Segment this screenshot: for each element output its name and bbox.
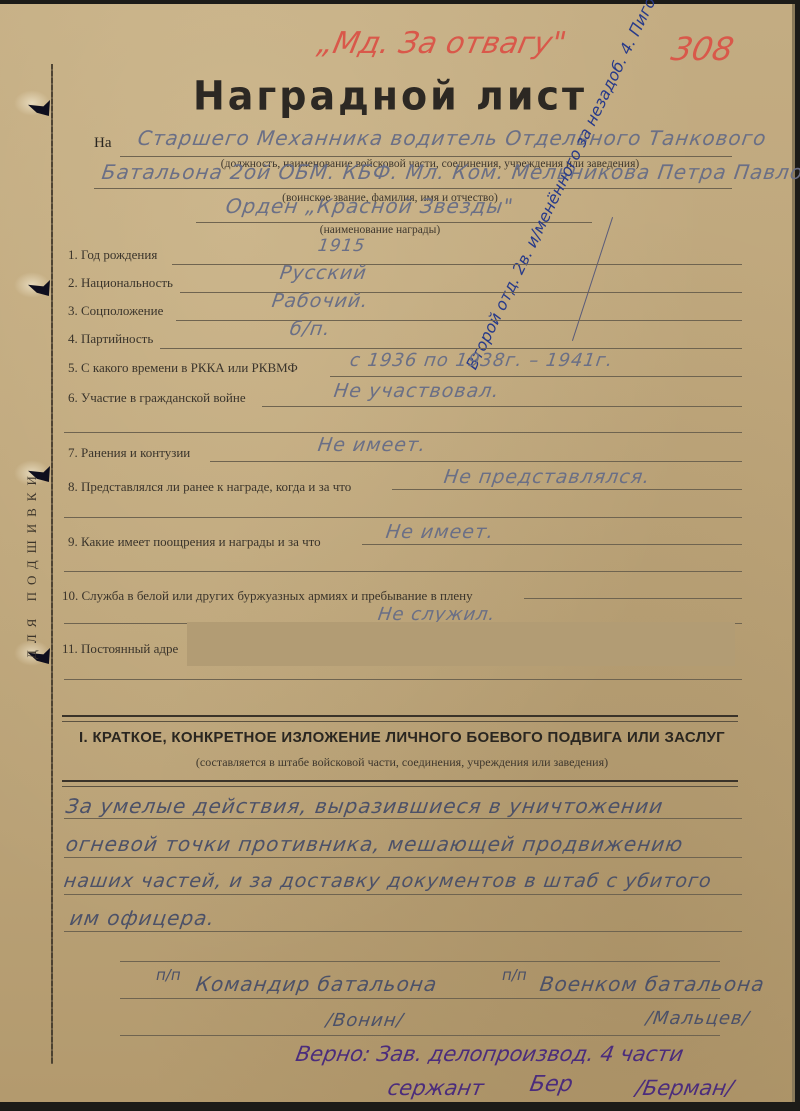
field-2-label: 2. Национальность [68, 275, 173, 291]
certification-rank: сержант [386, 1076, 486, 1100]
section-top-double-rule [62, 715, 738, 722]
field-3-value: Рабочий. [270, 290, 369, 312]
document-title: Наградной лист [0, 73, 780, 119]
right-signatory-title: Военком батальона [538, 972, 766, 996]
section-one-caption: (составляется в штабе войсковой части, с… [64, 755, 740, 770]
field-5-value: с 1936 по 1938г. – 1941г. [349, 350, 615, 371]
field-6-label: 6. Участие в гражданской войне [68, 390, 246, 406]
field-10-rule [524, 598, 742, 599]
merit-text-line-2: огневой точки противника, мешающей продв… [64, 832, 685, 856]
field-5-rule [330, 376, 742, 377]
merit-rule-3 [64, 894, 742, 895]
field-8-extra-rule [64, 517, 742, 518]
signature-bottom-rule [120, 1035, 720, 1036]
merit-text-line-3: наших частей, и за доставку документов в… [62, 870, 713, 892]
certification-name: /Берман/ [634, 1076, 735, 1100]
certification-signature: Бер [528, 1072, 575, 1097]
field-7-value: Не имеет. [316, 434, 427, 456]
binding-margin-rule [51, 64, 53, 1064]
field-3-label: 3. Соцположение [68, 303, 163, 319]
merit-rule-1 [64, 818, 742, 819]
signature-top-rule [120, 961, 720, 962]
certification-line-1: Верно: Зав. делопроизвод. 4 части [294, 1042, 686, 1066]
field-11-extra-rule [64, 679, 742, 680]
field-1-label: 1. Год рождения [68, 247, 157, 263]
redacted-address-block [187, 622, 735, 666]
field-7-rule [210, 461, 742, 462]
merit-rule-2 [64, 857, 742, 858]
right-signature-mark: п/п [502, 966, 527, 984]
right-signatory-name: /Мальцев/ [645, 1008, 752, 1029]
merit-text-line-4: им офицера. [68, 906, 216, 930]
field-11-label: 11. Постоянный адре [62, 641, 178, 657]
section-one-heading: I. КРАТКОЕ, КОНКРЕТНОЕ ИЗЛОЖЕНИЕ ЛИЧНОГО… [64, 729, 740, 746]
field-9-label: 9. Какие имеет поощрения и награды и за … [68, 534, 321, 550]
recipient-line1-rule [120, 156, 732, 157]
field-2-value: Русский [278, 262, 368, 284]
recipient-line2-handwritten: Батальона 2ой ОБМ. КБФ. Мл. Ком. Мельник… [100, 160, 800, 184]
field-5-label: 5. С какого времени в РККА или РКВМФ [68, 360, 298, 376]
merit-text-line-1: За умелые действия, выразившиеся в уничт… [64, 794, 665, 818]
sheet-number-red: 308 [668, 30, 737, 68]
field-4-rule [160, 348, 742, 349]
field-10-label: 10. Служба в белой или других буржуазных… [62, 588, 473, 604]
field-6-value: Не участвовал. [332, 380, 501, 402]
field-6-extra-rule [64, 432, 742, 433]
field-7-label: 7. Ранения и контузии [68, 445, 190, 461]
left-signatory-title: Командир батальона [194, 972, 439, 996]
signature-mid-rule [120, 998, 720, 999]
field-9-value: Не имеет. [384, 521, 495, 543]
field-8-rule [392, 489, 742, 490]
award-name-caption: (наименование награды) [250, 224, 510, 236]
recipient-line2-rule [94, 188, 732, 189]
field-4-value: б/п. [288, 318, 332, 340]
award-sheet: ДЛЯ ПОДШИВКИ „Мд. За отвагу" 308 Наградн… [0, 4, 795, 1102]
award-name-handwritten: Орден „Красной Звезды" [224, 194, 515, 218]
margin-vertical-label: ДЛЯ ПОДШИВКИ [24, 434, 44, 694]
blue-note-stroke [572, 217, 613, 341]
recipient-line1-handwritten: Старшего Механника водитель Отдельного Т… [136, 126, 768, 150]
section-bottom-double-rule [62, 780, 738, 787]
to-label: На [94, 135, 112, 152]
field-8-label: 8. Представлялся ли ранее к награде, ког… [68, 479, 351, 495]
field-9-extra-rule [64, 571, 742, 572]
award-note-red: „Мд. За отвагу" [314, 26, 569, 61]
left-signatory-name: /Вонин/ [325, 1010, 406, 1031]
field-4-label: 4. Партийность [68, 331, 153, 347]
field-6-rule [262, 406, 742, 407]
field-3-rule [176, 320, 742, 321]
field-2-rule [180, 292, 742, 293]
field-1-value: 1915 [317, 236, 367, 256]
field-9-rule [362, 544, 742, 545]
field-8-value: Не представлялся. [442, 466, 651, 488]
field-1-rule [172, 264, 742, 265]
merit-rule-4 [64, 931, 742, 932]
left-signature-mark: п/п [156, 966, 181, 984]
